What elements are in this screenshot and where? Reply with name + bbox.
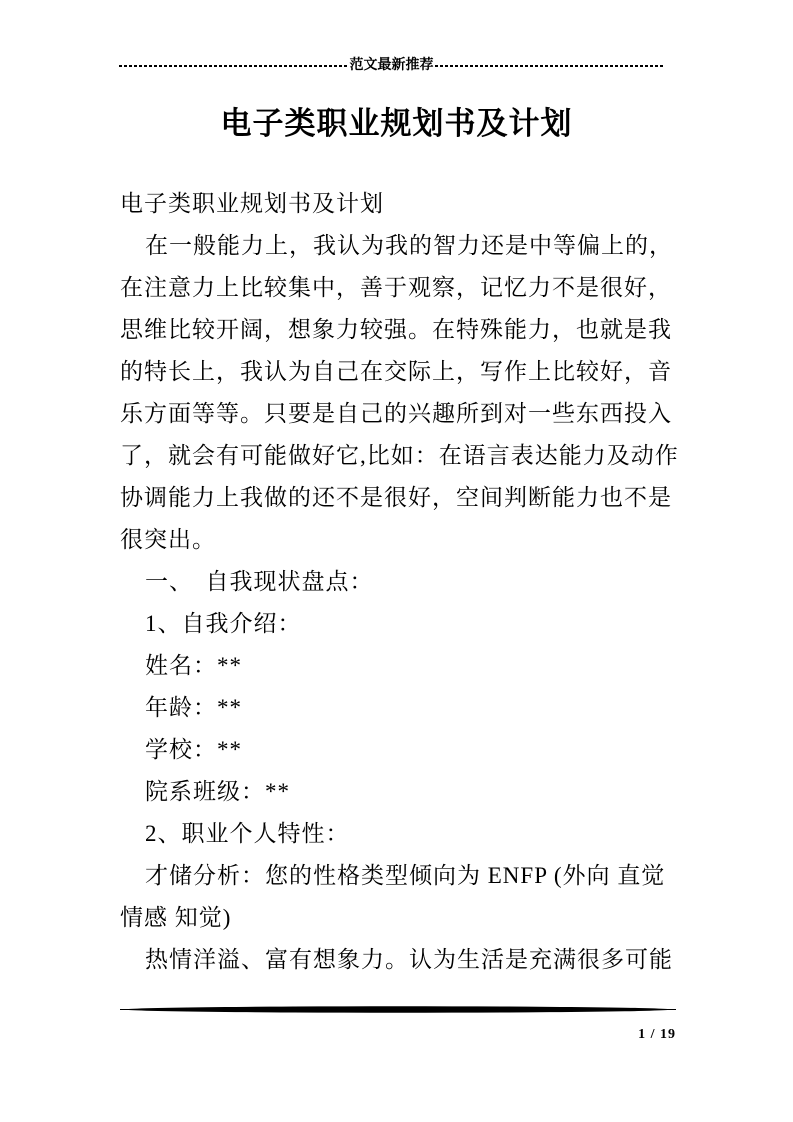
footer-rule-thick-lens	[120, 1006, 676, 1013]
body-line-subheading: 2、职业个人特性：	[120, 813, 680, 855]
page-number: 1 / 19	[120, 1027, 676, 1043]
body-line-field-age: 年龄：**	[120, 687, 680, 729]
body-line-section-heading: 一、 自我现状盘点：	[120, 561, 680, 603]
document-page: 范文最新推荐 电子类职业规划书及计划 电子类职业规划书及计划 在一般能力上，我认…	[0, 0, 793, 1122]
header-dash-left	[119, 65, 349, 67]
body-line: 才储分析：您的性格类型倾向为 ENFP (外向 直觉	[120, 855, 680, 897]
body-line-field-class: 院系班级：**	[120, 771, 680, 813]
body-line-field-name: 姓名：**	[120, 645, 680, 687]
body-line: 很突出。	[120, 519, 680, 561]
document-title: 电子类职业规划书及计划	[0, 102, 793, 146]
header-watermark: 范文最新推荐	[349, 57, 435, 75]
body-line: 在注意力上比较集中，善于观察，记忆力不是很好，	[120, 267, 680, 309]
body-line: 协调能力上我做的还不是很好，空间判断能力也不是	[120, 477, 680, 519]
header-dash-right	[435, 65, 665, 67]
body-line: 的特长上，我认为自己在交际上，写作上比较好，音	[120, 351, 680, 393]
body-line: 情感 知觉)	[120, 897, 680, 939]
body-line: 思维比较开阔，想象力较强。在特殊能力，也就是我	[120, 309, 680, 351]
body-line: 电子类职业规划书及计划	[120, 183, 680, 225]
footer-rule	[120, 1006, 676, 1013]
body-line: 乐方面等等。只要是自己的兴趣所到对一些东西投入	[120, 393, 680, 435]
page-header: 范文最新推荐	[119, 57, 664, 75]
body-line: 了，就会有可能做好它,比如：在语言表达能力及动作	[120, 435, 680, 477]
body-line-field-school: 学校：**	[120, 729, 680, 771]
body-line-subheading: 1、自我介绍：	[120, 603, 680, 645]
body-line: 在一般能力上，我认为我的智力还是中等偏上的，	[120, 225, 680, 267]
body-line: 热情洋溢、富有想象力。认为生活是充满很多可能	[120, 939, 680, 981]
document-body: 电子类职业规划书及计划 在一般能力上，我认为我的智力还是中等偏上的， 在注意力上…	[120, 183, 680, 981]
